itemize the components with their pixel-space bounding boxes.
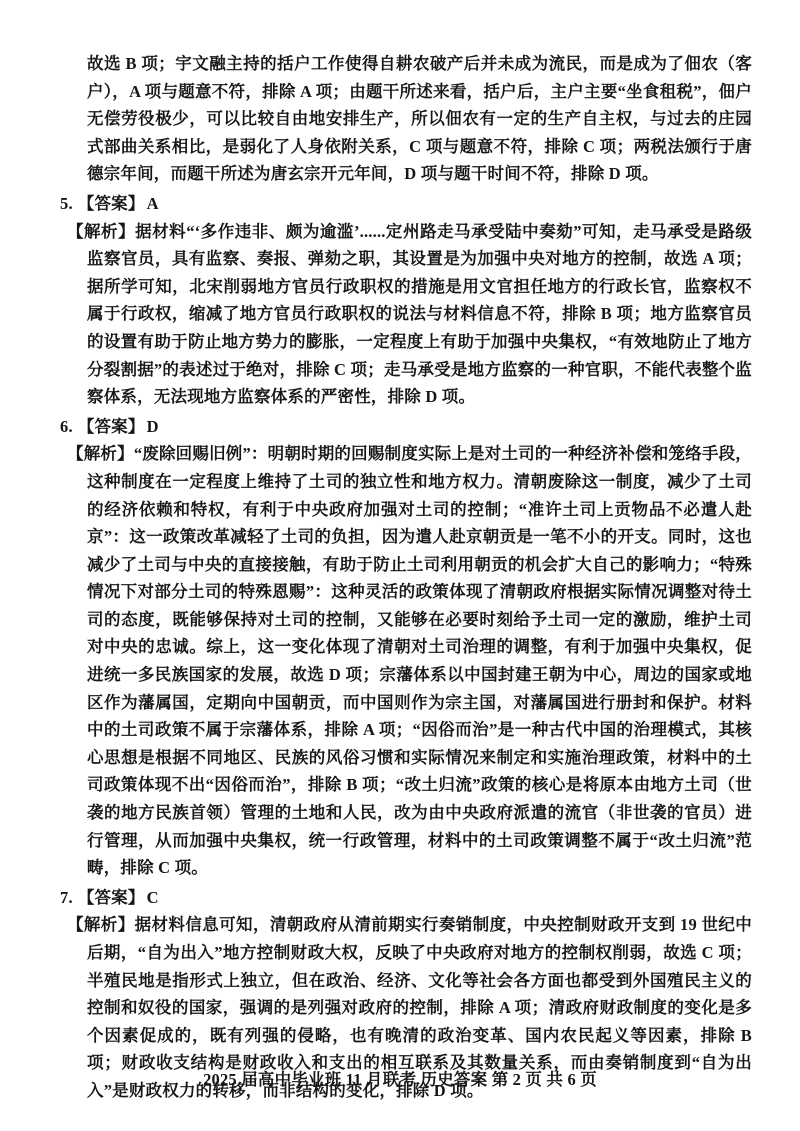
answer-line: 6.【答案】D [60,413,752,441]
answer-label: 【答案】 [78,888,145,907]
answer-label: 【答案】 [78,417,145,436]
item-number: 6. [60,417,73,436]
item-number: 5. [60,194,73,213]
analysis-label: 【解析】 [67,444,134,463]
item-number: 7. [60,888,73,907]
answer-line: 7.【答案】C [60,884,752,912]
analysis-label: 【解析】 [67,915,135,934]
analysis-text: 据材料“‘多作违非、颇为逾滥’......定州路走马承受陆中奏劾”可知，走马承受… [87,222,752,407]
analysis-text: “废除回赐旧例”：明朝时期的回赐制度实际上是对土司的一种经济补偿和笼络手段，这种… [87,444,752,877]
question4-explanation-continuation: 故选 B 项；宇文融主持的括户工作使得自耕农破产后并未成为流民，而是成为了佃农（… [87,50,752,188]
answer-item-6: 6.【答案】D 【解析】“废除回赐旧例”：明朝时期的回赐制度实际上是对土司的一种… [60,413,752,882]
analysis-label: 【解析】 [67,222,135,241]
answer-line: 5.【答案】A [60,190,752,218]
answer-value: C [147,888,159,907]
answer-value: D [147,417,159,436]
answer-label: 【答案】 [78,194,145,213]
document-body: 故选 B 项；宇文融主持的括户工作使得自耕农破产后并未成为流民，而是成为了佃农（… [60,50,752,1105]
answer-item-5: 5.【答案】A 【解析】据材料“‘多作违非、颇为逾滥’......定州路走马承受… [60,190,752,411]
page-footer: 2025 届高中毕业班 11 月联考 历史答案 第 2 页 共 6 页 [0,1066,800,1090]
analysis-paragraph: 【解析】据材料“‘多作违非、颇为逾滥’......定州路走马承受陆中奏劾”可知，… [87,218,752,411]
answer-key-page: 故选 B 项；宇文融主持的括户工作使得自耕农破产后并未成为流民，而是成为了佃农（… [0,0,800,1131]
analysis-paragraph: 【解析】“废除回赐旧例”：明朝时期的回赐制度实际上是对土司的一种经济补偿和笼络手… [87,440,752,882]
answer-value: A [147,194,159,213]
